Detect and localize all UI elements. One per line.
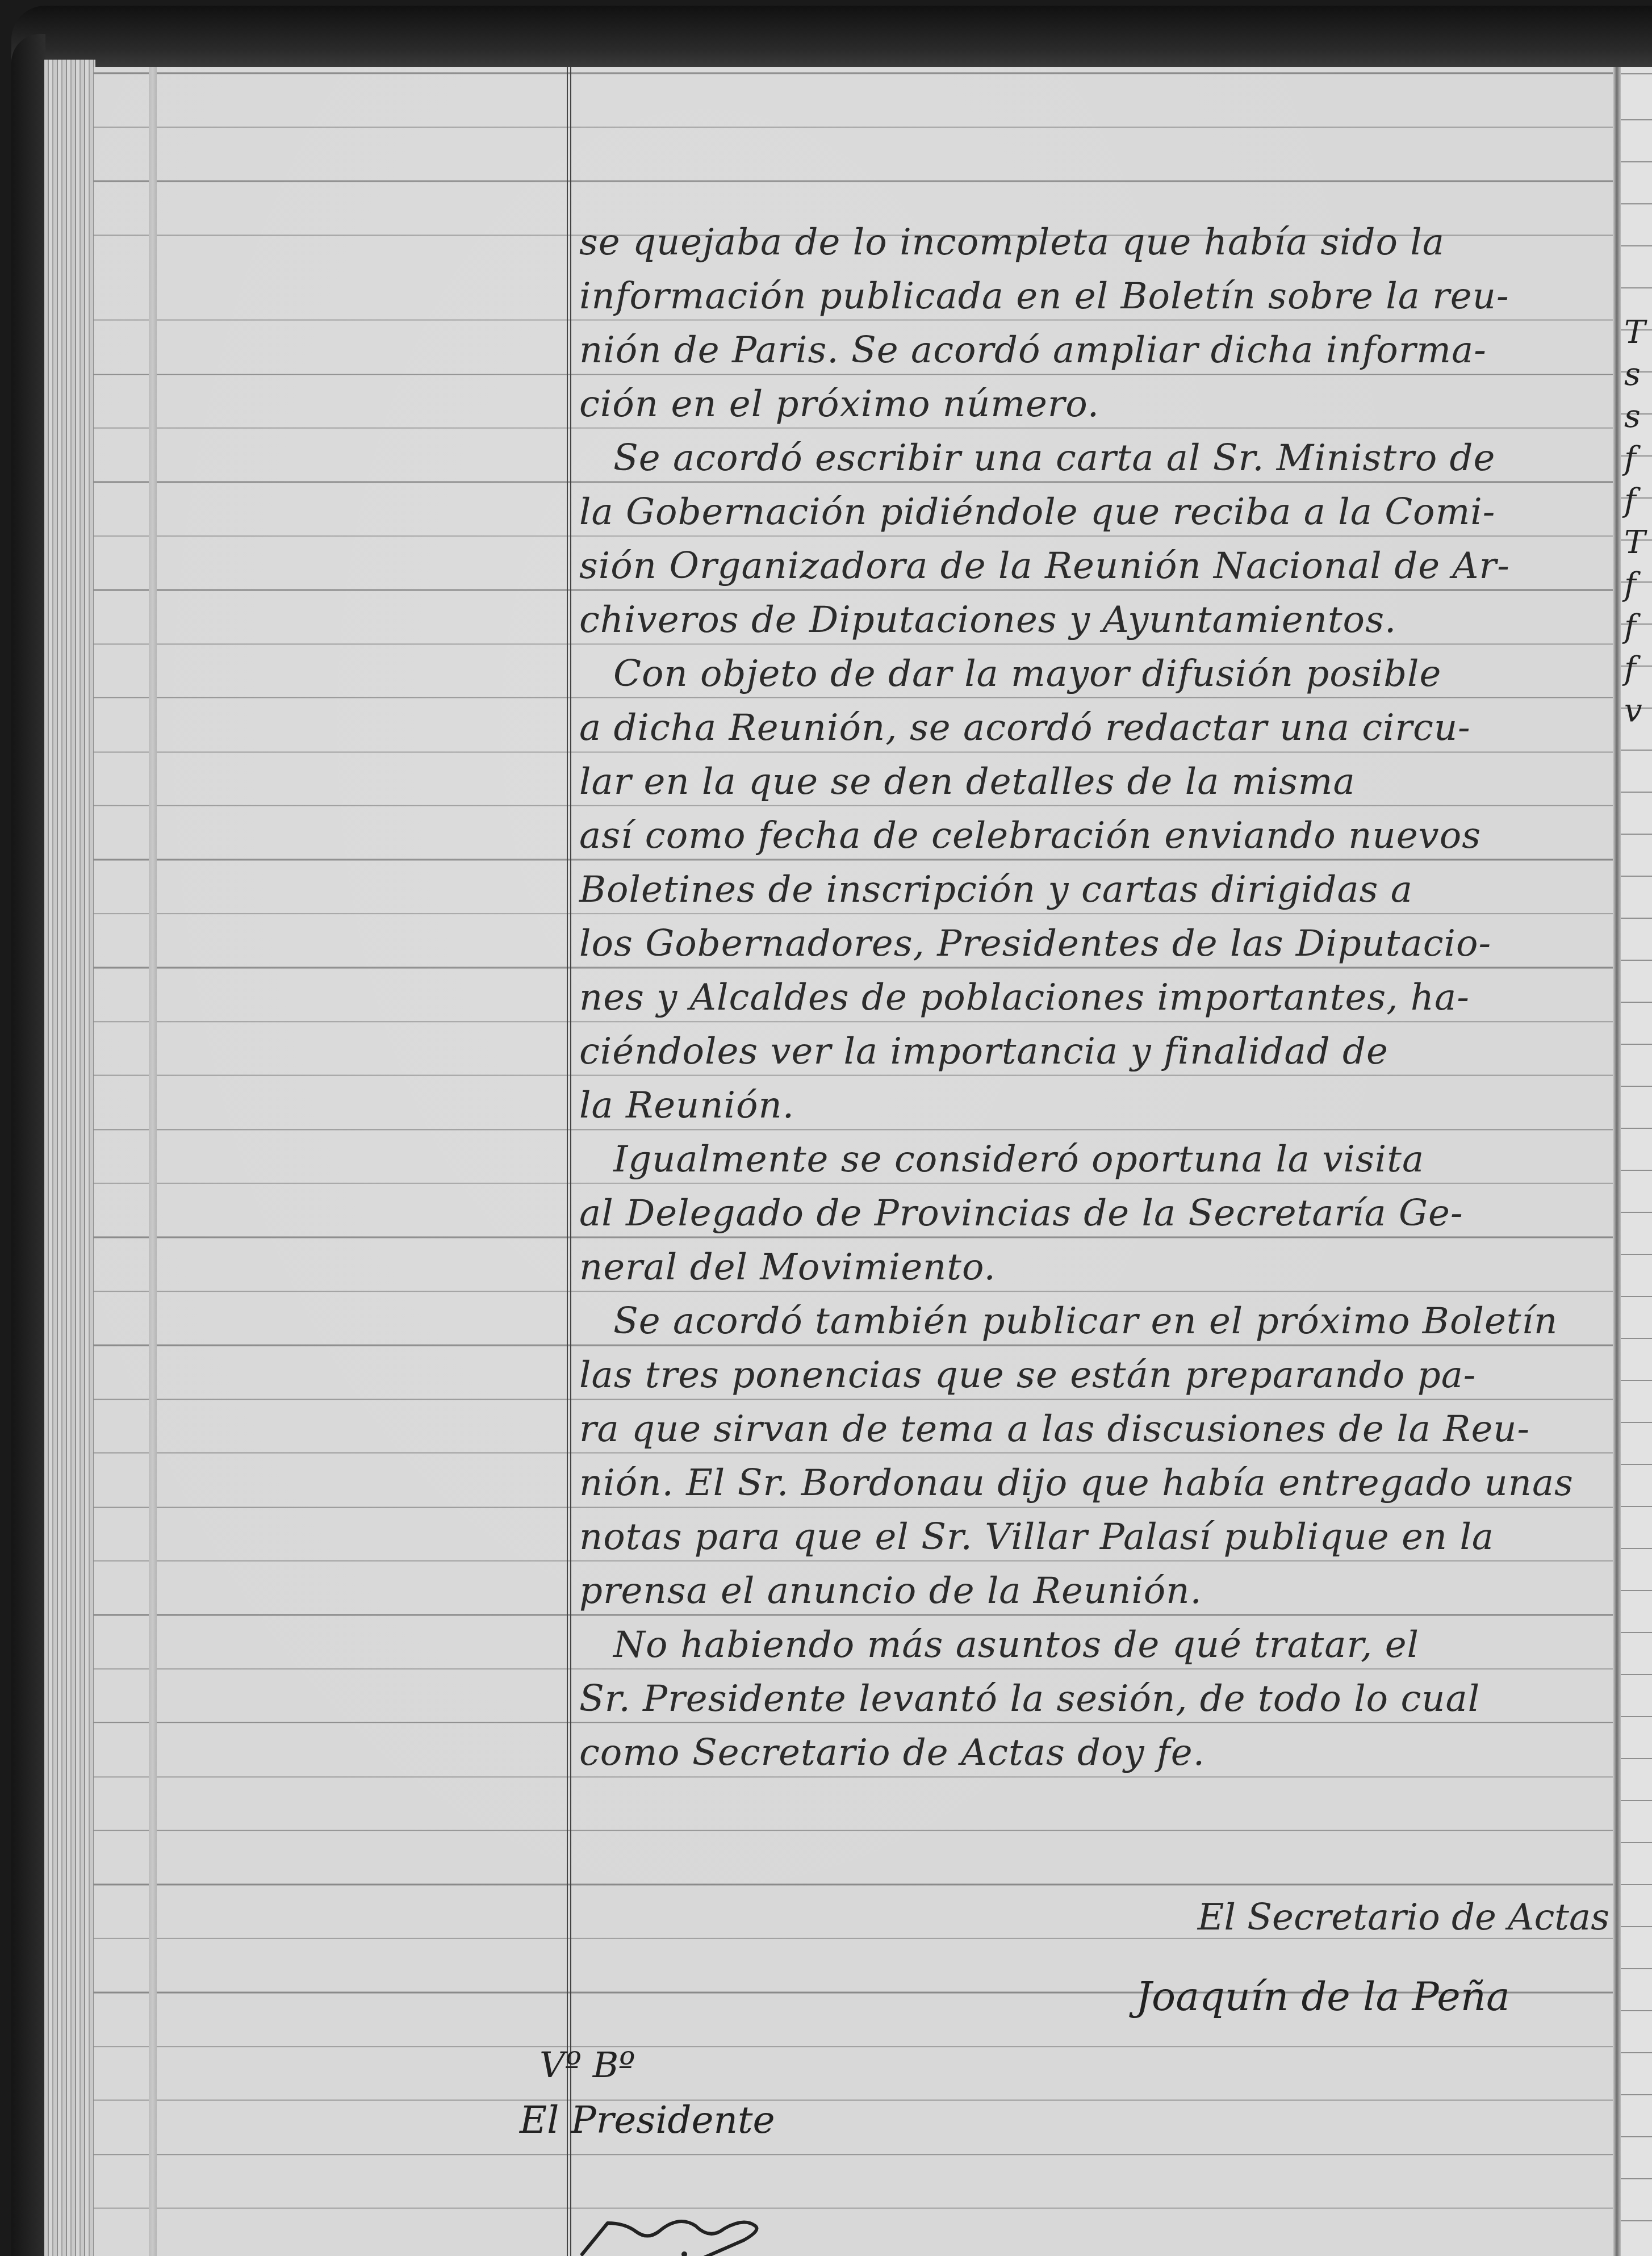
text-line: al Delegado de Provincias de la Secretar… <box>579 1187 1610 1241</box>
adjacent-page-fragment: f <box>1624 443 1636 475</box>
text-line: ciéndoles ver la importancia y finalidad… <box>579 1025 1610 1079</box>
adjacent-page-fragment: f <box>1624 611 1636 643</box>
text-line: chiveros de Diputaciones y Ayuntamientos… <box>579 593 1610 647</box>
text-line: Igualmente se consideró oportuna la visi… <box>579 1133 1610 1187</box>
binding-fold-line <box>149 67 157 2256</box>
text-line: se quejaba de lo incompleta que había si… <box>579 216 1610 270</box>
secretary-signature: Joaquín de la Peña <box>1136 1973 1510 2020</box>
adjacent-page-fragment: s <box>1624 401 1641 433</box>
president-label: El Presidente <box>520 2098 775 2142</box>
text-line: sión Organizadora de la Reunión Nacional… <box>579 539 1610 593</box>
adjacent-page-fragment: T <box>1624 317 1645 349</box>
text-line: Se acordó también publicar en el próximo… <box>579 1295 1610 1349</box>
adjacent-page-fragment: f <box>1624 653 1636 685</box>
text-line: Boletines de inscripción y cartas dirigi… <box>579 863 1610 917</box>
text-line: información publicada en el Boletín sobr… <box>579 270 1610 324</box>
text-line: nión de Paris. Se acordó ampliar dicha i… <box>579 324 1610 378</box>
text-line: Con objeto de dar la mayor difusión posi… <box>579 647 1610 701</box>
text-line: neral del Movimiento. <box>579 1241 1610 1295</box>
text-line: nión. El Sr. Bordonau dijo que había ent… <box>579 1456 1610 1510</box>
text-line: los Gobernadores, Presidentes de las Dip… <box>579 917 1610 971</box>
ledger-cover-top <box>11 6 1652 68</box>
text-line: notas para que el Sr. Villar Palasí publ… <box>579 1510 1610 1564</box>
text-line: nes y Alcaldes de poblaciones importante… <box>579 971 1610 1025</box>
text-line: ra que sirvan de tema a las discusiones … <box>579 1403 1610 1456</box>
text-line: la Gobernación pidiéndole que reciba a l… <box>579 485 1610 539</box>
adjacent-page-fragment: s <box>1624 359 1641 391</box>
text-line: No habiendo más asuntos de qué tratar, e… <box>579 1618 1610 1672</box>
text-line: ción en el próximo número. <box>579 378 1610 432</box>
president-signature-scribble <box>574 2169 812 2256</box>
page-edges-stack <box>44 60 95 2256</box>
text-line: prensa el anuncio de la Reunión. <box>579 1564 1610 1618</box>
text-line: Se acordó escribir una carta al Sr. Mini… <box>579 432 1610 485</box>
adjacent-page-fragment: f <box>1624 569 1636 601</box>
text-line: lar en la que se den detalles de la mism… <box>579 755 1610 809</box>
text-line: como Secretario de Actas doy fe. <box>579 1726 1610 1780</box>
text-line: a dicha Reunión, se acordó redactar una … <box>579 701 1610 755</box>
text-line: las tres ponencias que se están preparan… <box>579 1349 1610 1403</box>
margin-double-rule <box>567 67 571 2256</box>
approval-mark: Vº Bº <box>539 2044 635 2086</box>
page-gutter <box>1613 67 1621 2256</box>
adjacent-page-fragment: f <box>1624 485 1636 517</box>
text-line: Sr. Presidente levantó la sesión, de tod… <box>579 1672 1610 1726</box>
ledger-cover-spine <box>11 34 45 2256</box>
adjacent-page-strip: TssffTfffv <box>1621 67 1652 2256</box>
text-line: la Reunión. <box>579 1079 1610 1133</box>
minutes-body: se quejaba de lo incompleta que había si… <box>579 216 1610 1780</box>
adjacent-page-fragment: T <box>1624 527 1645 559</box>
adjacent-page-fragment: v <box>1624 695 1642 727</box>
secretary-closing: El Secretario de Actas <box>1198 1897 1609 1939</box>
text-line: así como fecha de celebración enviando n… <box>579 809 1610 863</box>
